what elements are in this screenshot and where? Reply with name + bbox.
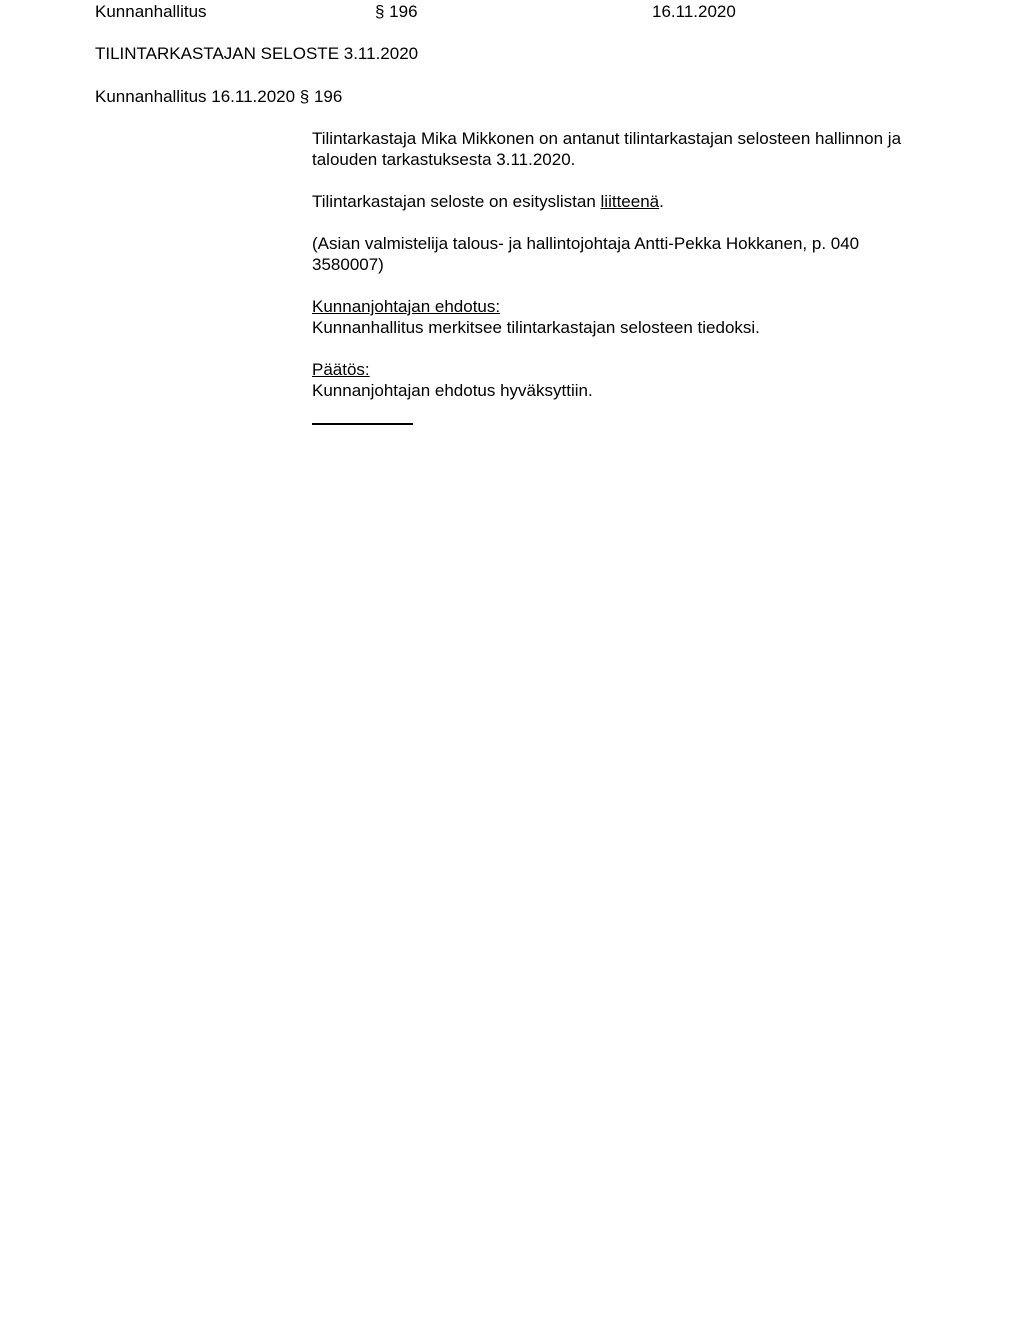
proposal-text: Kunnanhallitus merkitsee tilintarkastaja… <box>312 318 760 337</box>
document-title: TILINTARKASTAJAN SELOSTE 3.11.2020 <box>95 43 418 64</box>
section-end-divider <box>312 423 413 425</box>
attachment-text: Tilintarkastajan seloste on esityslistan <box>312 192 601 211</box>
header-section-number: § 196 <box>375 1 418 22</box>
header-date: 16.11.2020 <box>652 1 736 22</box>
proposal-heading: Kunnanjohtajan ehdotus: <box>312 297 500 316</box>
auditor-statement-paragraph: Tilintarkastaja Mika Mikkonen on antanut… <box>312 128 912 170</box>
preparer-note: (Asian valmistelija talous- ja hallintoj… <box>312 233 912 275</box>
attachment-suffix: . <box>659 192 664 211</box>
attachment-paragraph: Tilintarkastajan seloste on esityslistan… <box>312 191 912 212</box>
decision-text: Kunnanjohtajan ehdotus hyväksyttiin. <box>312 381 593 400</box>
document-body: Tilintarkastaja Mika Mikkonen on antanut… <box>312 128 912 425</box>
decision-heading: Päätös: <box>312 360 370 379</box>
attachment-link[interactable]: liitteenä <box>601 192 660 211</box>
header-body-name: Kunnanhallitus <box>95 1 207 22</box>
decision-block: Päätös:Kunnanjohtajan ehdotus hyväksytti… <box>312 359 912 401</box>
meeting-reference: Kunnanhallitus 16.11.2020 § 196 <box>95 86 342 107</box>
proposal-block: Kunnanjohtajan ehdotus:Kunnanhallitus me… <box>312 296 912 338</box>
